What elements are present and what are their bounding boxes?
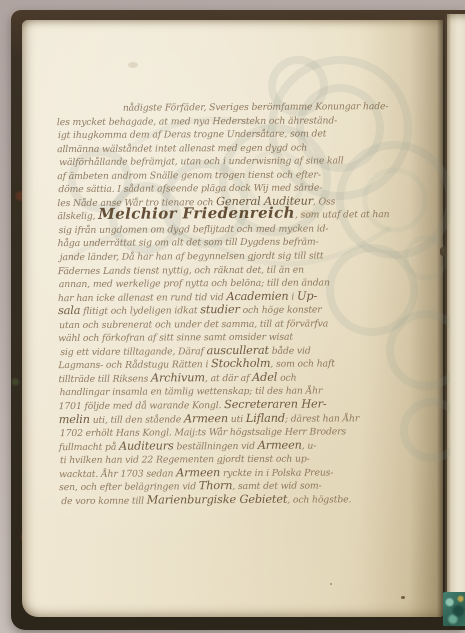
foxing-speck	[330, 583, 332, 585]
paper-stain	[128, 62, 138, 68]
manuscript-text: nådigste Förfäder, Sveriges berömfamme K…	[57, 97, 419, 506]
facing-page-edge	[445, 14, 465, 614]
text-segment: , och högstbe.	[287, 494, 351, 505]
paper-stain	[300, 210, 314, 218]
binding-seam-notch	[440, 247, 446, 256]
foxing-speck	[401, 596, 405, 599]
manuscript-line: älskelig, Melchior Friedenreich, som uta…	[57, 205, 417, 221]
text-segment: de voro komne till	[61, 495, 147, 507]
manuscript-line: nådigste Förfäder, Sveriges berömfamme K…	[57, 97, 417, 113]
manuscript-line: de voro komne till Marienburgiske Gebiet…	[59, 490, 419, 506]
photo-of-manuscript: { "colors":{ "mat_background":"#bbafab",…	[0, 0, 465, 633]
marbled-endpaper-corner	[443, 592, 465, 626]
text-segment: Marienburgiske Gebietet	[147, 493, 288, 507]
